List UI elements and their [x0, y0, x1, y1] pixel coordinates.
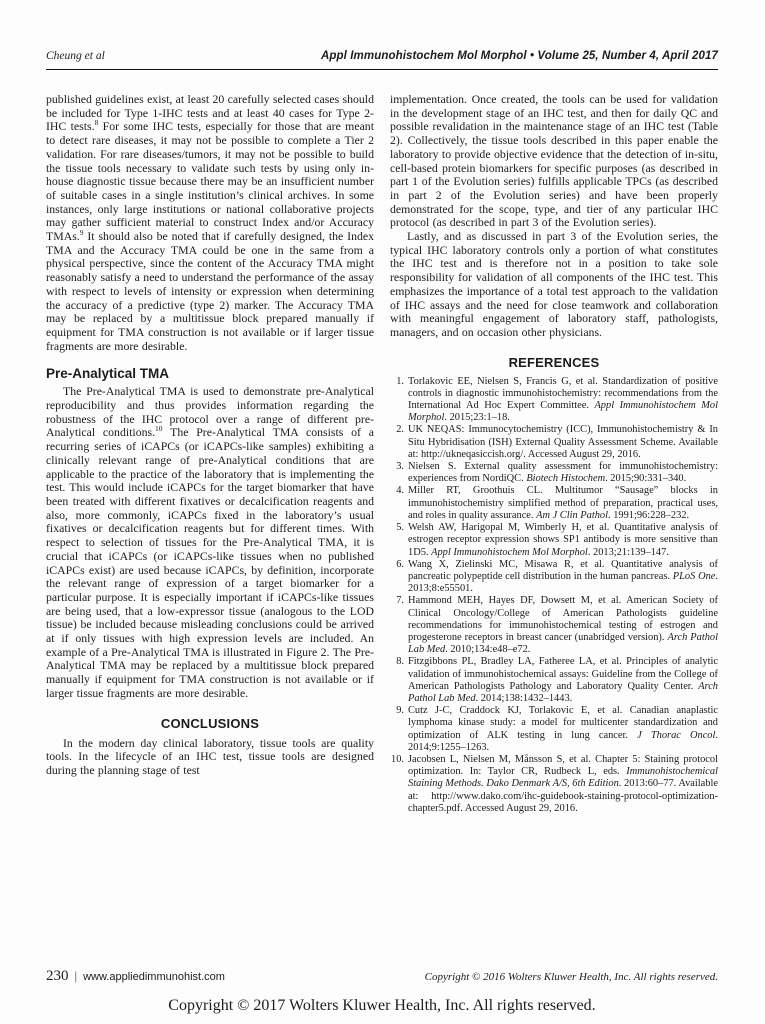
reference-number: 4.: [390, 485, 408, 522]
text-run: . 2015;23:1–18.: [444, 412, 510, 423]
italic-journal-name: Appl Immunohistochem Mol Morphol: [431, 547, 588, 558]
reference-text: Cutz J-C, Craddock KJ, Torlakovic E, et …: [408, 705, 718, 754]
text-run: UK NEQAS: Immunocytochemistry (ICC), Imm…: [408, 424, 718, 459]
journal-issue: • Volume 25, Number 4, April 2017: [527, 50, 718, 62]
copyright-notice-2016: Copyright © 2016 Wolters Kluwer Health, …: [425, 971, 718, 983]
reference-item: 2.UK NEQAS: Immunocytochemistry (ICC), I…: [390, 424, 718, 461]
column-right: implementation. Once created, the tools …: [390, 93, 718, 815]
reference-number: 2.: [390, 424, 408, 461]
paragraph-total-test: Lastly, and as discussed in part 3 of th…: [390, 230, 718, 340]
reference-number: 7.: [390, 595, 408, 656]
journal-title: Appl Immunohistochem Mol Morphol: [321, 50, 527, 62]
paragraph-implementation: implementation. Once created, the tools …: [390, 93, 718, 230]
reference-item: 8.Fitzgibbons PL, Bradley LA, Fatheree L…: [390, 656, 718, 705]
italic-journal-name: PLoS One: [673, 571, 716, 582]
conclusions-heading: CONCLUSIONS: [46, 716, 374, 731]
references-heading: REFERENCES: [390, 355, 718, 370]
text-run: . 2015;90:331–340.: [605, 473, 686, 484]
reference-item: 4.Miller RT, Groothuis CL. Multitumor “S…: [390, 485, 718, 522]
reference-text: Wang X, Zielinski MC, Misawa R, et al. Q…: [408, 559, 718, 596]
italic-journal-name: Biotech Histochem: [526, 473, 605, 484]
italic-journal-name: J Thorac Oncol: [637, 730, 715, 741]
text-run: . 2014;138:1432–1443.: [476, 693, 573, 704]
text-run: Wang X, Zielinski MC, Misawa R, et al. Q…: [408, 559, 718, 582]
text-run: . 1991;96:228–232.: [608, 510, 689, 521]
reference-item: 1.Torlakovic EE, Nielsen S, Francis G, e…: [390, 376, 718, 425]
running-head-author: Cheung et al: [46, 50, 105, 62]
reference-number: 9.: [390, 705, 408, 754]
page-number: 230: [46, 968, 69, 985]
text-run: Fitzgibbons PL, Bradley LA, Fatheree LA,…: [408, 656, 718, 691]
reference-item: 3.Nielsen S. External quality assessment…: [390, 461, 718, 485]
article-body: published guidelines exist, at least 20 …: [46, 93, 718, 815]
reference-text: UK NEQAS: Immunocytochemistry (ICC), Imm…: [408, 424, 718, 461]
text-run: . 2013;21:139–147.: [588, 547, 669, 558]
paragraph-conclusions: In the modern day clinical laboratory, t…: [46, 737, 374, 778]
reference-number: 10.: [390, 754, 408, 815]
paragraph-pre-analytical-tma: The Pre-Analytical TMA is used to demons…: [46, 385, 374, 700]
pre-analytical-tma-heading: Pre-Analytical TMA: [46, 366, 374, 381]
footer-separator: |: [75, 968, 78, 984]
reference-text: Jacobsen L, Nielsen M, Månsson S, et al.…: [408, 754, 718, 815]
reference-text: Welsh AW, Harigopal M, Wimberly H, et al…: [408, 522, 718, 559]
text-run: In the modern day clinical laboratory, t…: [46, 736, 374, 777]
reference-text: Nielsen S. External quality assessment f…: [408, 461, 718, 485]
copyright-notice-2017: Copyright © 2017 Wolters Kluwer Health, …: [46, 997, 718, 1015]
text-run: . 2010;134:e48–e72.: [445, 644, 530, 655]
text-run: It should also be noted that if carefull…: [46, 229, 374, 353]
reference-number: 6.: [390, 559, 408, 596]
journal-website: www.appliedimmunohist.com: [83, 971, 225, 983]
reference-item: 9.Cutz J-C, Craddock KJ, Torlakovic E, e…: [390, 705, 718, 754]
reference-item: 6.Wang X, Zielinski MC, Misawa R, et al.…: [390, 559, 718, 596]
column-left: published guidelines exist, at least 20 …: [46, 93, 374, 815]
reference-number: 5.: [390, 522, 408, 559]
running-head: Cheung et al Appl Immunohistochem Mol Mo…: [46, 50, 718, 62]
reference-item: 7.Hammond MEH, Hayes DF, Dowsett M, et a…: [390, 595, 718, 656]
text-run: For some IHC tests, especially for those…: [46, 119, 374, 243]
reference-superscript: 10: [155, 425, 163, 434]
reference-text: Torlakovic EE, Nielsen S, Francis G, et …: [408, 376, 718, 425]
italic-journal-name: Am J Clin Pathol: [536, 510, 608, 521]
reference-item: 10.Jacobsen L, Nielsen M, Månsson S, et …: [390, 754, 718, 815]
reference-number: 1.: [390, 376, 408, 425]
reference-text: Hammond MEH, Hayes DF, Dowsett M, et al.…: [408, 595, 718, 656]
paragraph-validation-cases: published guidelines exist, at least 20 …: [46, 93, 374, 353]
reference-number: 8.: [390, 656, 408, 705]
text-run: The Pre-Analytical TMA consists of a rec…: [46, 425, 374, 699]
text-run: Lastly, and as discussed in part 3 of th…: [390, 229, 718, 339]
text-run: implementation. Once created, the tools …: [390, 92, 718, 229]
reference-text: Miller RT, Groothuis CL. Multitumor “Sau…: [408, 485, 718, 522]
page-footer: 230 | www.appliedimmunohist.com Copyrigh…: [46, 968, 718, 1015]
reference-number: 3.: [390, 461, 408, 485]
reference-list: 1.Torlakovic EE, Nielsen S, Francis G, e…: [390, 376, 718, 815]
running-head-journal: Appl Immunohistochem Mol Morphol • Volum…: [321, 50, 718, 62]
reference-item: 5.Welsh AW, Harigopal M, Wimberly H, et …: [390, 522, 718, 559]
footer-row: 230 | www.appliedimmunohist.com Copyrigh…: [46, 968, 718, 985]
journal-article-page: Cheung et al Appl Immunohistochem Mol Mo…: [0, 0, 765, 1024]
reference-text: Fitzgibbons PL, Bradley LA, Fatheree LA,…: [408, 656, 718, 705]
header-rule: [46, 69, 718, 70]
